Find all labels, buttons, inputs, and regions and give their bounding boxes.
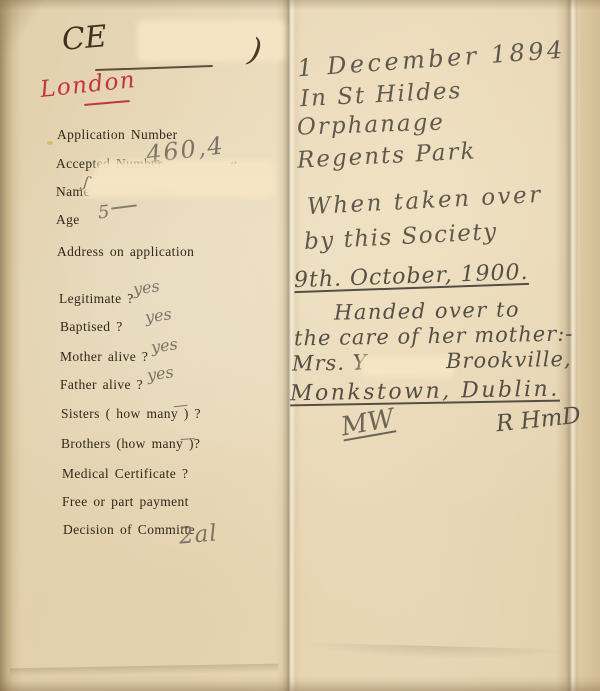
field-value-father-alive: yes — [146, 364, 175, 384]
city-annotation: London — [39, 69, 137, 102]
bottom-edge-shadow — [0, 675, 600, 691]
field-label-legitimate: Legitimate ? — [59, 291, 134, 307]
top-left-corner-shadow — [0, 0, 50, 80]
field-label-medical-certificate: Medical Certificate ? — [62, 466, 188, 482]
initials-scribble-right: R HmD — [495, 405, 582, 437]
red-underline-stroke — [84, 100, 130, 106]
field-label-age: Age — [56, 212, 80, 228]
right-paper-strip — [580, 0, 600, 691]
stain-dot — [47, 141, 53, 145]
initials-scribble-left: MW — [339, 406, 396, 441]
redaction-patch-name-line — [87, 179, 271, 194]
record-code-handwriting: CE — [61, 22, 108, 56]
field-label-decision-of-committe: Decision of Committe — [63, 522, 195, 538]
note-mother-name: Mrs. Y — [292, 352, 368, 374]
field-value-mother-alive: yes — [150, 336, 179, 356]
top-edge-shadow — [0, 0, 600, 10]
field-value-brothers-dash: — — [179, 430, 195, 446]
note-taken-date: 9th. October, 1900. — [294, 262, 529, 292]
bottom-right-crease — [300, 642, 568, 661]
field-value-age: 5 — [97, 204, 110, 223]
note-line-date-received: 1 December 1894 — [296, 38, 566, 81]
field-label-free-or-part-payment: Free or part payment — [62, 494, 189, 510]
field-value-legitimate: yes — [132, 278, 161, 298]
note-address-brookville: Brookville, — [446, 349, 572, 372]
redaction-patch-mother-name — [364, 359, 450, 374]
field-value-baptised: yes — [144, 306, 173, 326]
note-line-institution: In St Hildes — [300, 80, 463, 111]
note-line-when-taken-over: When taken over — [307, 184, 544, 219]
field-label-address: Address on application — [57, 244, 194, 260]
age-overline-stroke — [111, 204, 137, 209]
note-handed-over-line2: the care of her mother:- — [294, 324, 574, 350]
note-line-by-this-society: by this Society — [304, 221, 499, 254]
field-label-mother-alive: Mother alive ? — [60, 349, 148, 365]
field-value-sisters-dash: — — [172, 397, 188, 413]
note-handed-over-line1: Handed over to — [334, 299, 520, 323]
note-line-regents-park: Regents Park — [297, 140, 477, 172]
note-address-monkstown-dublin: Monkstown, Dublin. — [290, 379, 560, 406]
left-paper-edge — [0, 0, 22, 691]
bottom-left-crease — [10, 664, 278, 678]
document-scan: CE ) London Application Number Accepted … — [0, 0, 600, 691]
field-value-decision-scribble: 2al — [178, 522, 219, 548]
note-line-orphanage: Orphanage — [297, 111, 446, 139]
field-label-baptised: Baptised ? — [60, 319, 123, 335]
field-label-father-alive: Father alive ? — [60, 377, 143, 393]
redaction-patch-accepted-line — [99, 164, 271, 180]
field-value-accepted-number: 460,4 — [145, 133, 226, 166]
